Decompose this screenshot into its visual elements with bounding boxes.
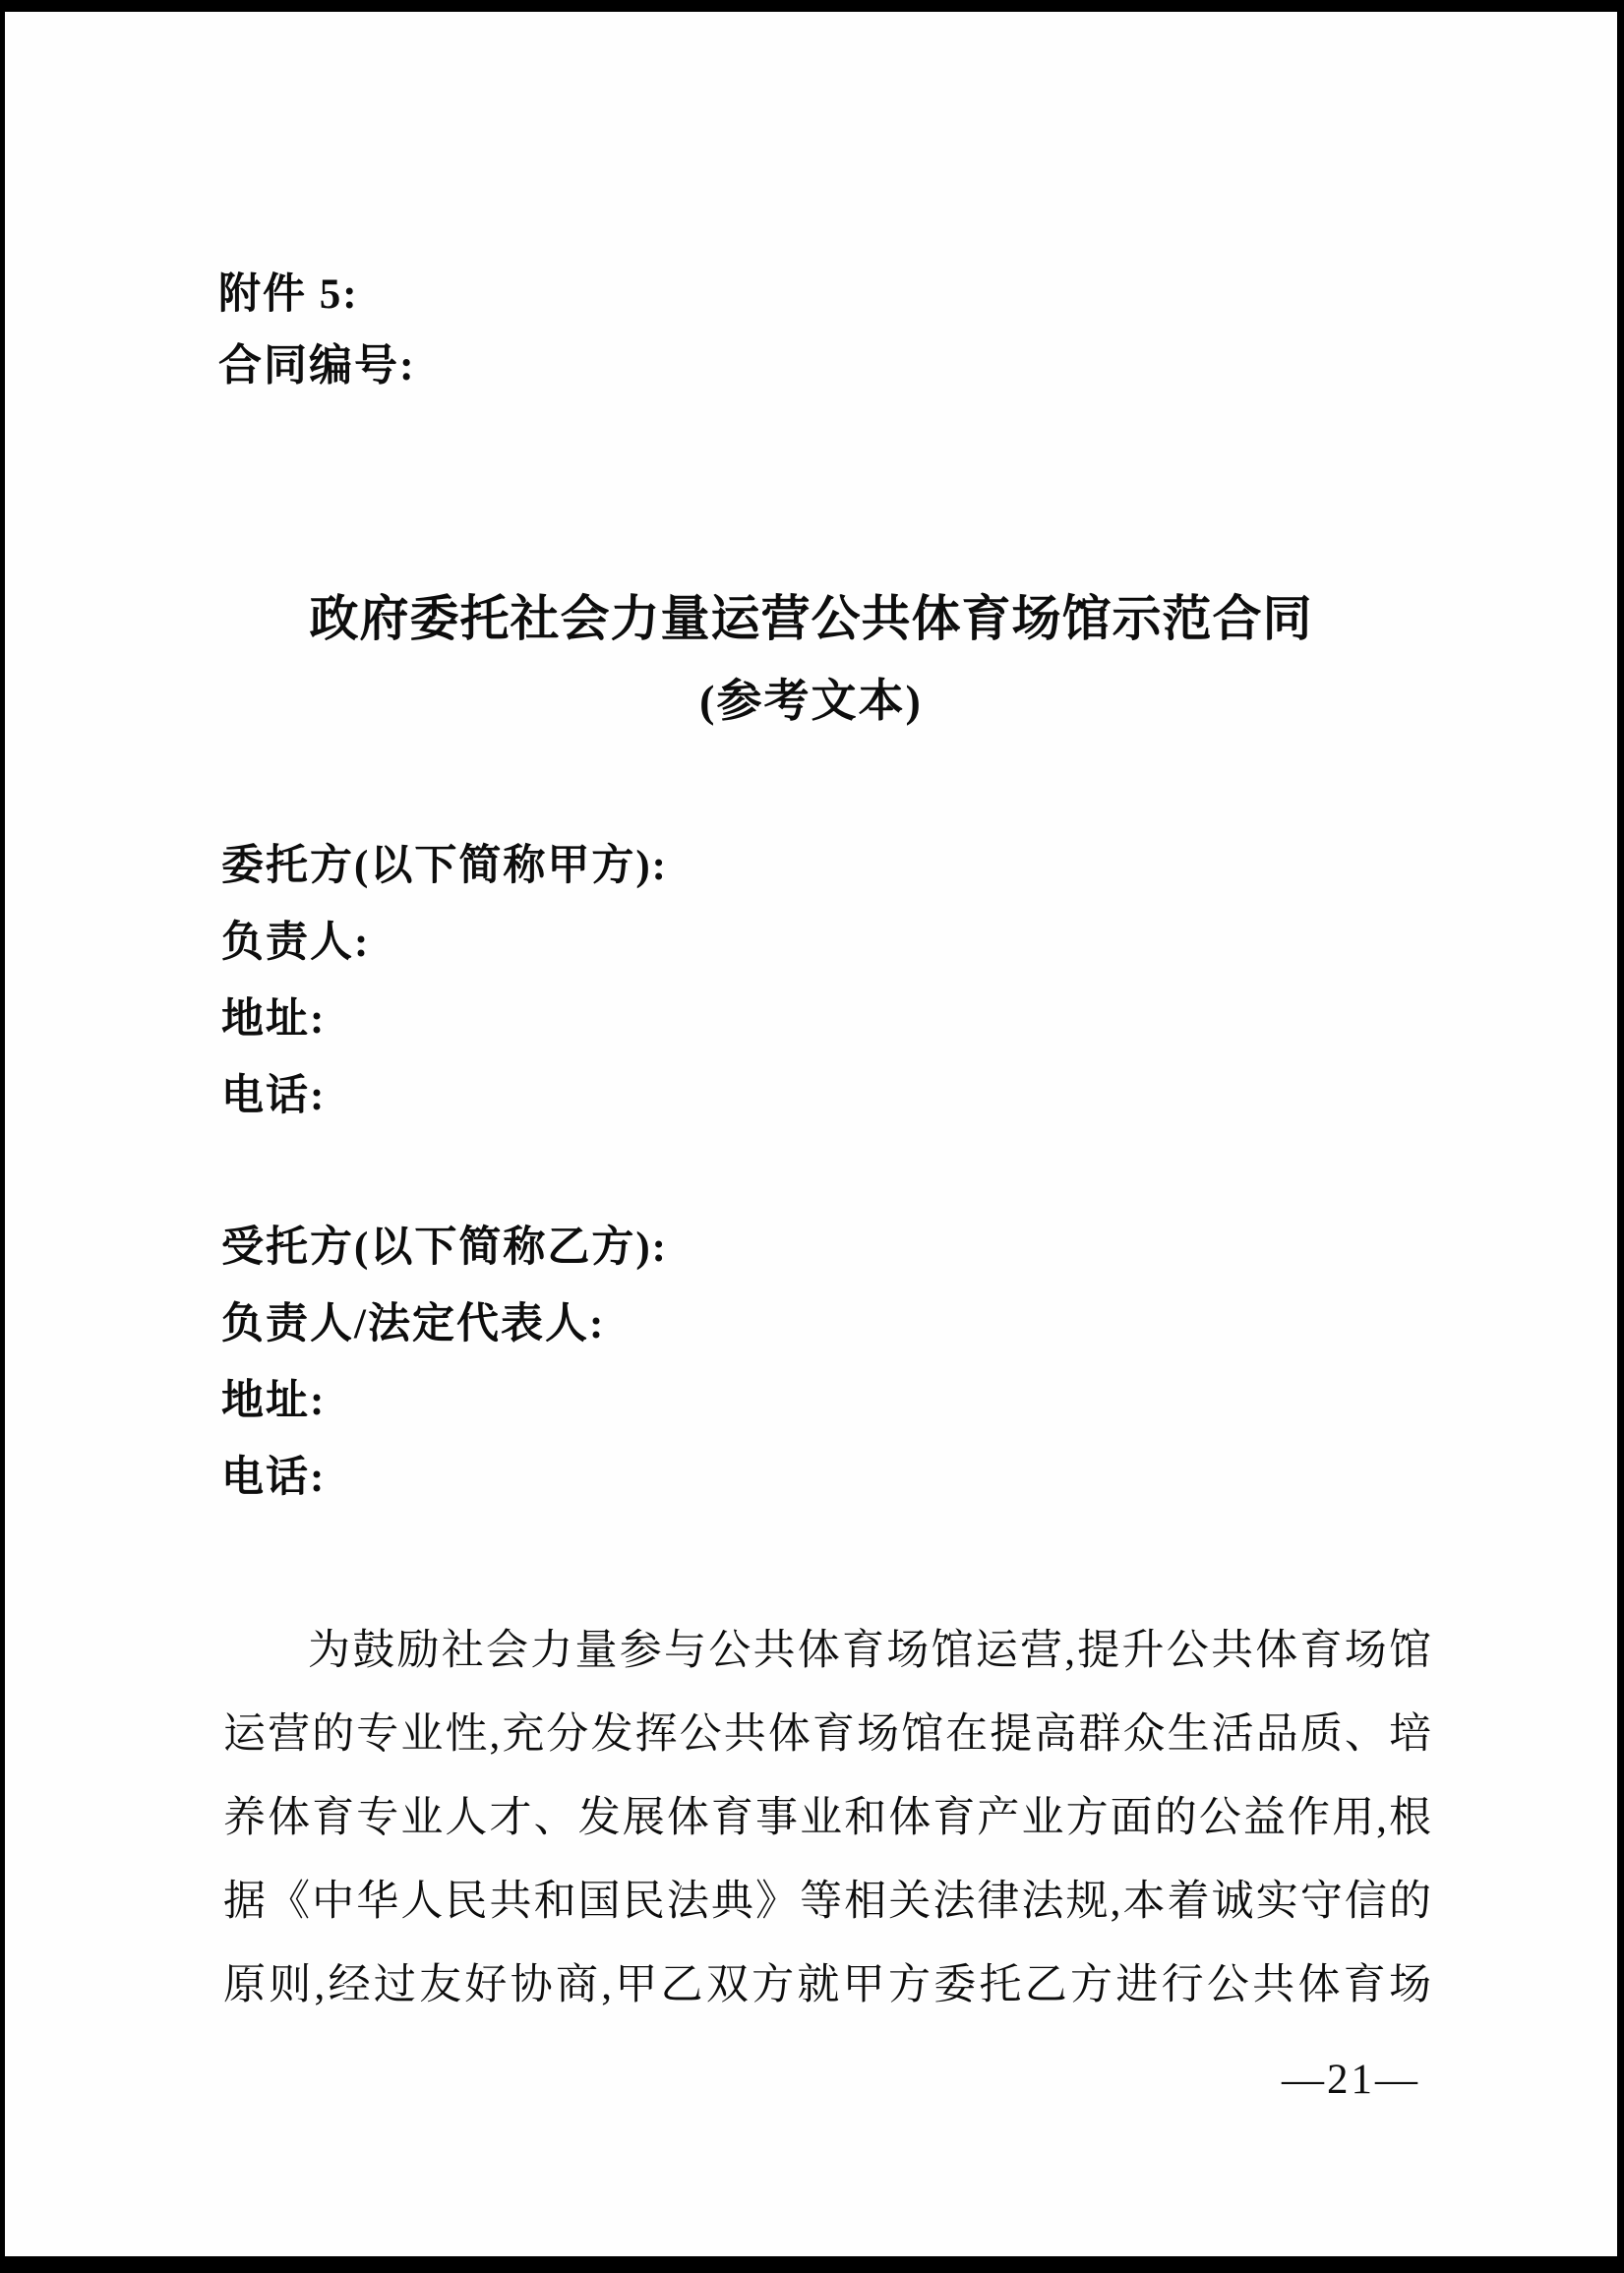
- party-a-name-label: 委托方(以下简称甲方):: [221, 828, 668, 905]
- preamble-line: 运营的专业性,充分发挥公共体育场馆在提高群众生活品质、培: [223, 1693, 1431, 1776]
- attachment-label: 附件 5:: [218, 266, 359, 325]
- party-b-address-label: 地址:: [221, 1363, 668, 1440]
- page-number: —21—: [1282, 2056, 1420, 2105]
- party-a-address-label: 地址:: [221, 982, 668, 1058]
- party-b-head-label: 负责人/法定代表人:: [221, 1286, 668, 1363]
- party-a-block: 委托方(以下简称甲方): 负责人: 地址: 电话:: [221, 828, 668, 1135]
- preamble-line: 为鼓励社会力量参与公共体育场馆运营,提升公共体育场馆: [223, 1609, 1431, 1693]
- party-b-block: 受托方(以下简称乙方): 负责人/法定代表人: 地址: 电话:: [221, 1210, 668, 1517]
- party-a-head-label: 负责人:: [221, 905, 668, 982]
- preamble-line: 养体育专业人才、发展体育事业和体育产业方面的公益作用,根: [223, 1776, 1431, 1860]
- party-b-name-label: 受托方(以下简称乙方):: [221, 1210, 668, 1286]
- preamble-line: 原则,经过友好协商,甲乙双方就甲方委托乙方进行公共体育场: [223, 1944, 1431, 2027]
- party-a-phone-label: 电话:: [221, 1058, 668, 1135]
- preamble-line: 据《中华人民共和国民法典》等相关法律法规,本着诚实守信的: [223, 1860, 1431, 1944]
- document-title: 政府委托社会力量运营公共体育场馆示范合同: [5, 588, 1617, 649]
- preamble-paragraph: 为鼓励社会力量参与公共体育场馆运营,提升公共体育场馆 运营的专业性,充分发挥公共…: [223, 1609, 1431, 2027]
- document-subtitle: (参考文本): [5, 673, 1617, 730]
- scanned-contract-page: 附件 5: 合同编号: 政府委托社会力量运营公共体育场馆示范合同 (参考文本) …: [0, 0, 1624, 2273]
- party-b-phone-label: 电话:: [221, 1440, 668, 1517]
- contract-number-label: 合同编号:: [218, 336, 416, 395]
